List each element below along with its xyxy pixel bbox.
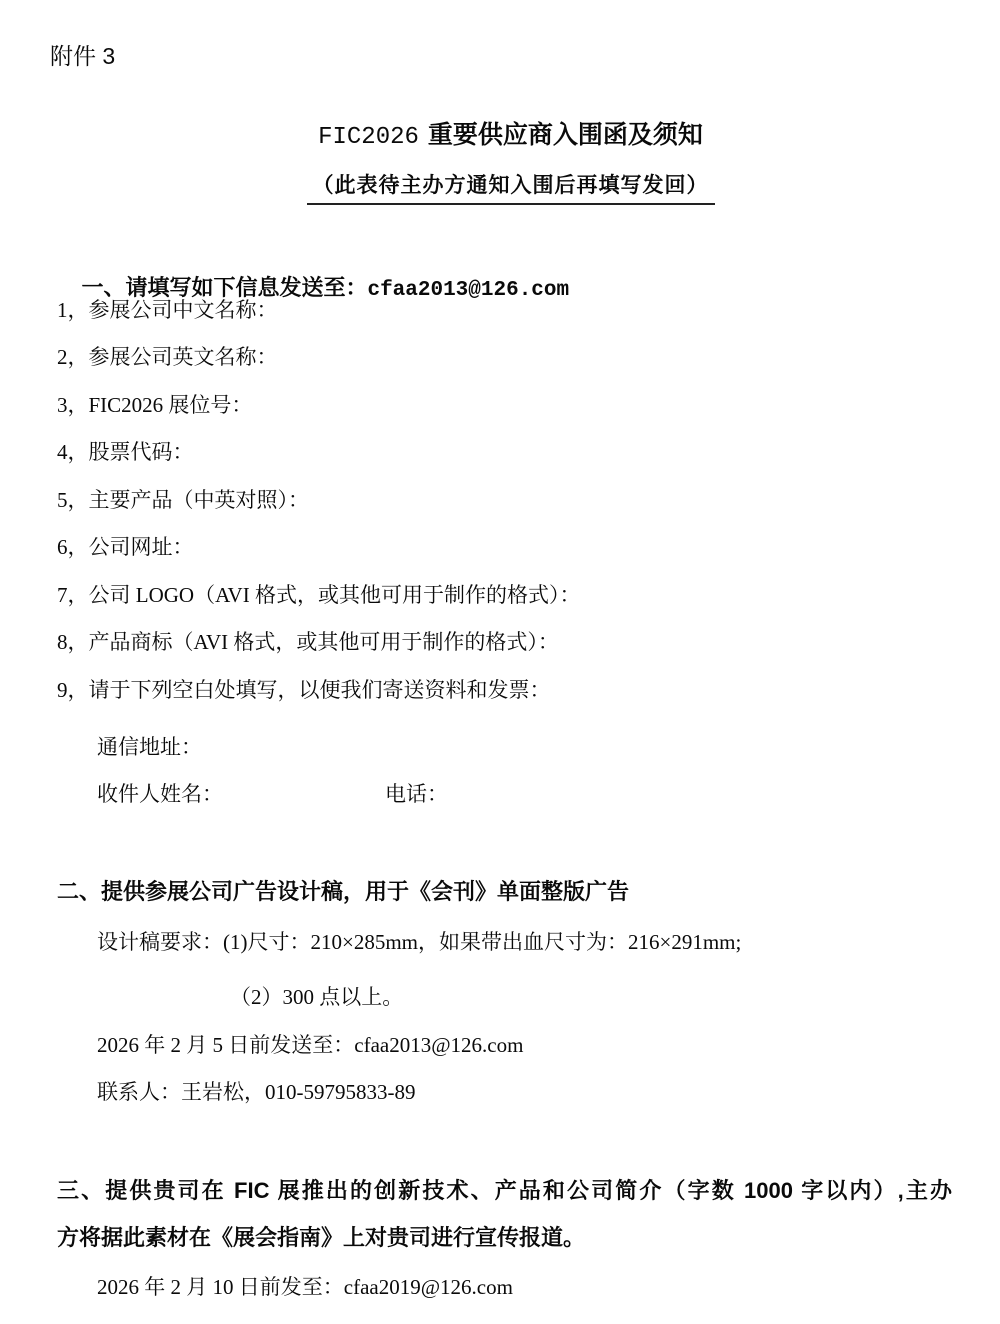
list-item-6: 6，公司网址： [57, 534, 194, 560]
section1-heading-email: cfaa2013@126.com [367, 279, 569, 302]
section2-contact: 联系人：王岩松，010-59795833-89 [97, 1079, 416, 1105]
section1-heading-text: 一、请填写如下信息发送至： [81, 275, 367, 300]
section2-deadline: 2026 年 2 月 5 日前发送至：cfaa2013@126.com [97, 1032, 523, 1058]
attachment-label: 附件 3 [50, 42, 115, 71]
list-item-4: 4，股票代码： [57, 439, 194, 465]
document-subtitle-row: （此表待主办方通知入围后再填写发回） [0, 146, 1000, 231]
section2-heading: 二、提供参展公司广告设计稿，用于《会刊》单面整版广告 [57, 878, 629, 906]
document-page: 附件 3 FIC2026重要供应商入围函及须知 （此表待主办方通知入围后再填写发… [0, 0, 1000, 1324]
list-item-7: 7，公司 LOGO（AVI 格式，或其他可用于制作的格式）： [57, 582, 580, 608]
section3-heading-line2: 方将据此素材在《展会指南》上对贵司进行宣传报道。 [57, 1224, 585, 1252]
design-requirement-line1: 设计稿要求：(1)尺寸：210×285mm，如果带出血尺寸为：216×291mm… [97, 929, 741, 955]
list-item-2: 2，参展公司英文名称： [57, 344, 278, 370]
document-subtitle: （此表待主办方通知入围后再填写发回） [307, 172, 715, 204]
list-item-1: 1，参展公司中文名称： [57, 297, 278, 323]
section3-heading-line1: 三、提供贵司在 FIC 展推出的创新技术、产品和公司简介（字数 1000 字以内… [57, 1177, 952, 1205]
design-requirement-line2: （2）300 点以上。 [230, 984, 403, 1010]
list-item-5: 5，主要产品（中英对照）： [57, 487, 309, 513]
list-item-3: 3，FIC2026 展位号： [57, 392, 252, 418]
phone-label: 电话： [385, 781, 448, 807]
recipient-label: 收件人姓名： [97, 781, 223, 807]
list-item-8: 8，产品商标（AVI 格式，或其他可用于制作的格式）： [57, 629, 559, 655]
list-item-9: 9，请于下列空白处填写，以便我们寄送资料和发票： [57, 677, 551, 703]
address-label: 通信地址： [97, 734, 202, 760]
section3-deadline: 2026 年 2 月 10 日前发至：cfaa2019@126.com [97, 1274, 513, 1300]
